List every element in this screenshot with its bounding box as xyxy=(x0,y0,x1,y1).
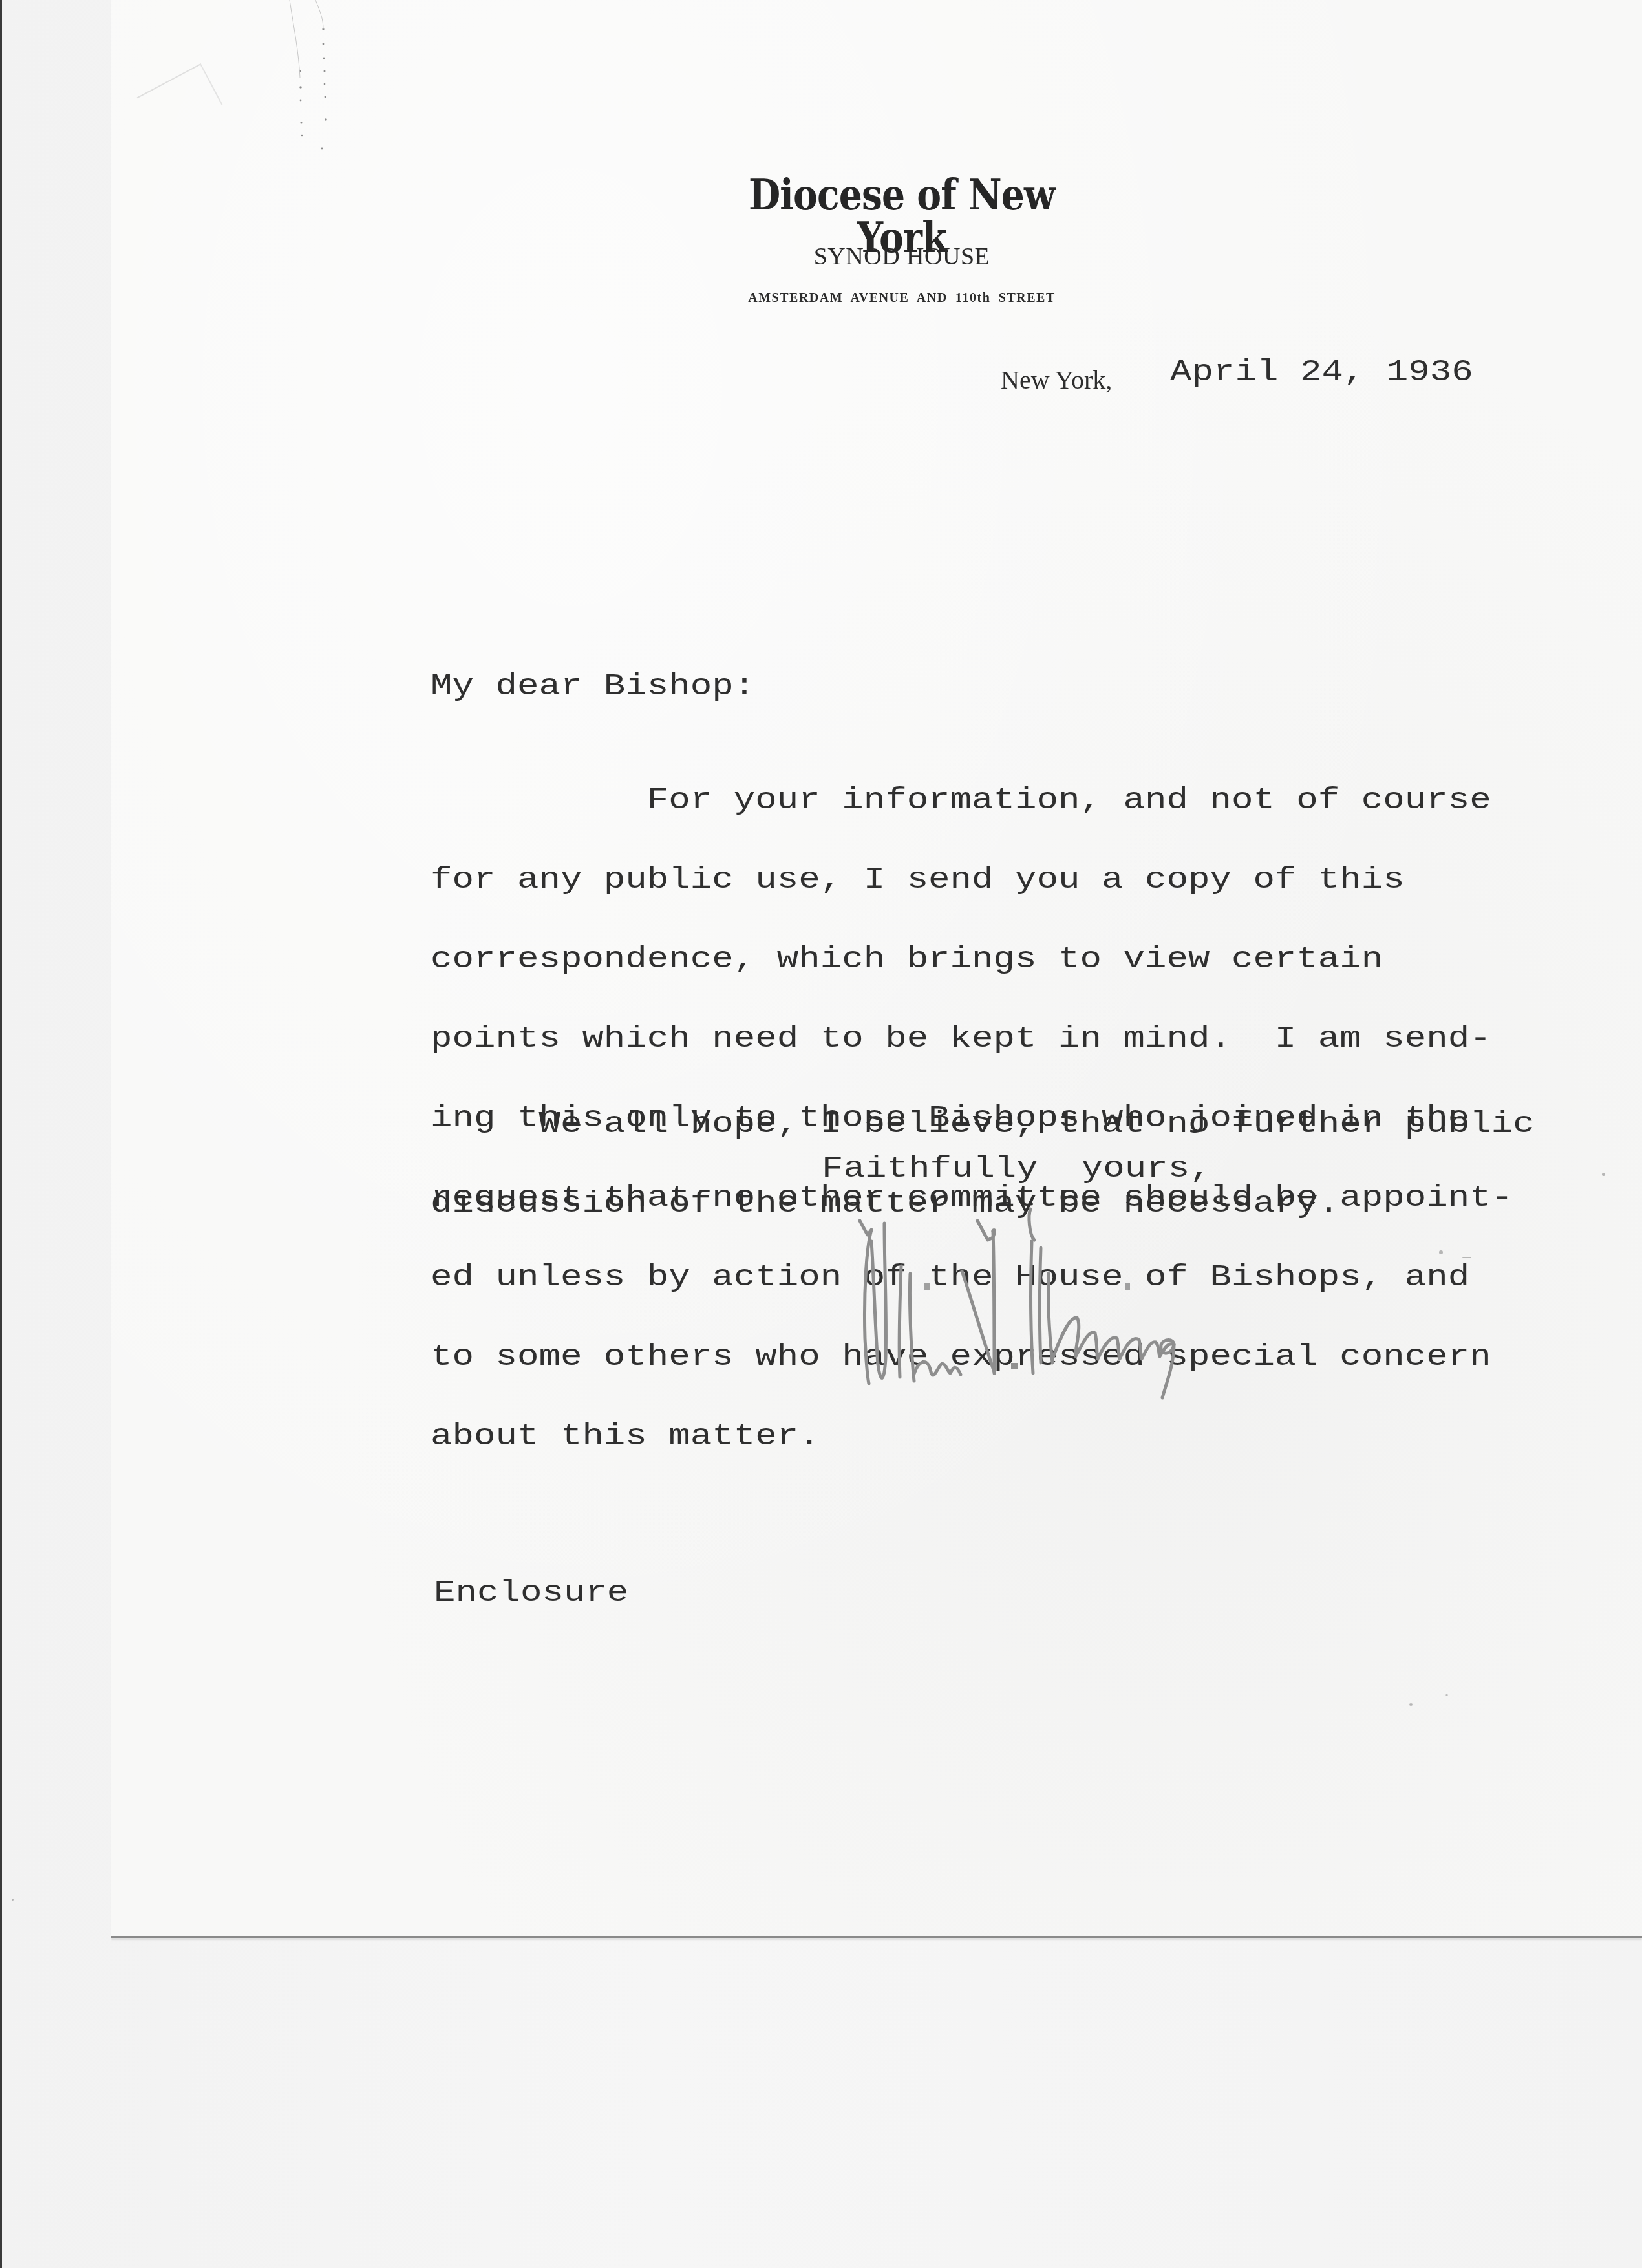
dateline-date: April 24, 1936 xyxy=(1170,359,1473,386)
body-line: correspondence, which brings to view cer… xyxy=(431,947,1513,973)
enclosure-note: Enclosure xyxy=(434,1580,628,1607)
body-line: For your information, and not of course xyxy=(431,787,1513,814)
dateline-place: New York, xyxy=(1001,367,1112,393)
body-line: about this matter. xyxy=(431,1424,1513,1450)
body-line: We all hope, I believe, that no further … xyxy=(431,1111,1535,1138)
letterhead-building: SYNOD HOUSE xyxy=(698,244,1105,269)
staple-hole-marks xyxy=(284,0,336,155)
body-line: for any public use, I send you a copy of… xyxy=(431,867,1513,893)
letterhead-address: AMSTERDAM AVENUE AND 110th STREET xyxy=(698,292,1105,305)
body-line: points which need to be kept in mind. I … xyxy=(431,1026,1513,1053)
salutation: My dear Bishop: xyxy=(431,674,755,700)
scanner-edge xyxy=(0,0,2,2268)
handwritten-signature xyxy=(847,1190,1532,1409)
complimentary-closing: Faithfully yours, xyxy=(822,1156,1211,1182)
